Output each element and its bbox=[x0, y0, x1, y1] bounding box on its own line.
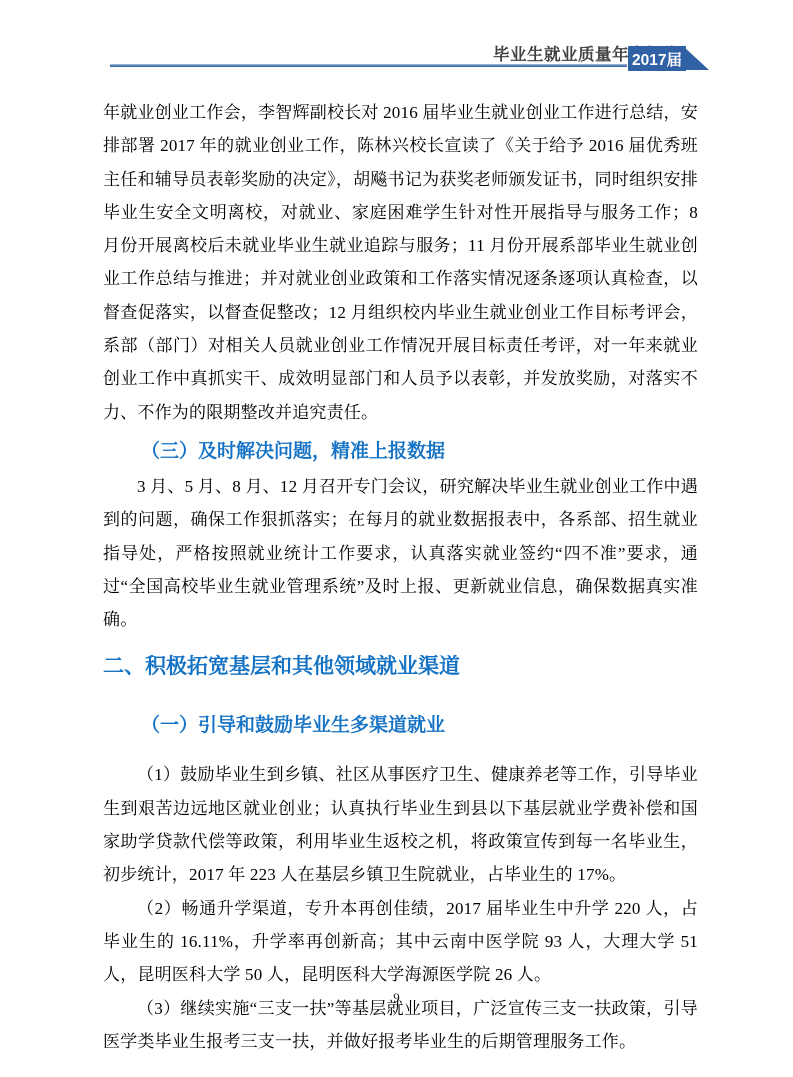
report-year-badge: 2017届 bbox=[628, 46, 686, 71]
paragraph-item-1: （1）鼓励毕业生到乡镇、社区从事医疗卫生、健康养老等工作，引导毕业生到艰苦边远地… bbox=[103, 758, 698, 891]
paragraph-data-reporting: 3 月、5 月、8 月、12 月召开专门会议，研究解决毕业生就业创业工作中遇到的… bbox=[103, 470, 698, 636]
subsection-heading-3: （三）及时解决问题，精准上报数据 bbox=[103, 438, 698, 465]
document-page: 毕业生就业质量年度报告 2017届 年就业创业工作会，李智辉副校长对 2016 … bbox=[0, 0, 793, 1077]
paragraph-continuation: 年就业创业工作会，李智辉副校长对 2016 届毕业生就业创业工作进行总结，安排部… bbox=[103, 96, 698, 429]
corner-triangle-icon bbox=[684, 47, 709, 70]
subsection-heading-1: （一）引导和鼓励毕业生多渠道就业 bbox=[103, 712, 698, 739]
page-number: 9 bbox=[0, 991, 793, 1005]
paragraph-item-2: （2）畅通升学渠道，专升本再创佳绩，2017 届毕业生中升学 220 人，占毕业… bbox=[103, 892, 698, 992]
section-heading-2: 二、积极拓宽基层和其他领域就业渠道 bbox=[103, 653, 698, 681]
header-rule bbox=[110, 64, 627, 67]
document-body: 年就业创业工作会，李智辉副校长对 2016 届毕业生就业创业工作进行总结，安排部… bbox=[103, 96, 698, 1058]
